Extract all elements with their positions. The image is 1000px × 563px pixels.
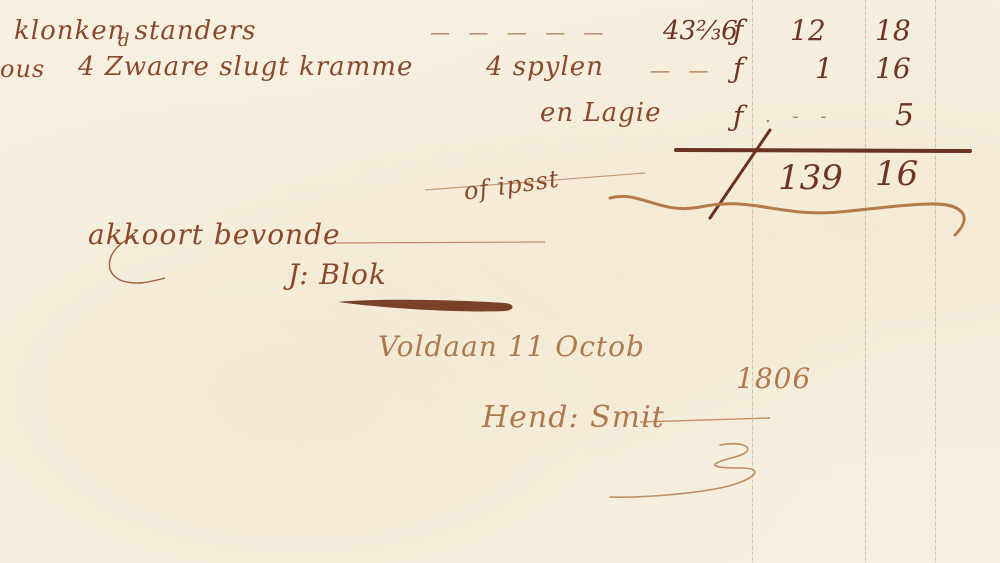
total-stuivers: 16: [875, 154, 918, 194]
closing-signature: Hend: Smit: [482, 400, 665, 435]
flourish: [610, 196, 964, 235]
acknowledgement-signature: J: Blok: [288, 258, 387, 291]
total-rule: [676, 150, 970, 151]
closing-place-date: Voldaan 11 Octob: [378, 330, 645, 363]
paraph-flourish: [610, 444, 755, 498]
signature-bar: [338, 300, 513, 312]
acknowledgement-text: akkoort bevonde: [88, 218, 341, 251]
pen-strokes: [0, 0, 1000, 563]
closing-year: 1806: [736, 362, 811, 395]
underline: [330, 242, 545, 243]
total-guilders: 139: [778, 158, 843, 198]
